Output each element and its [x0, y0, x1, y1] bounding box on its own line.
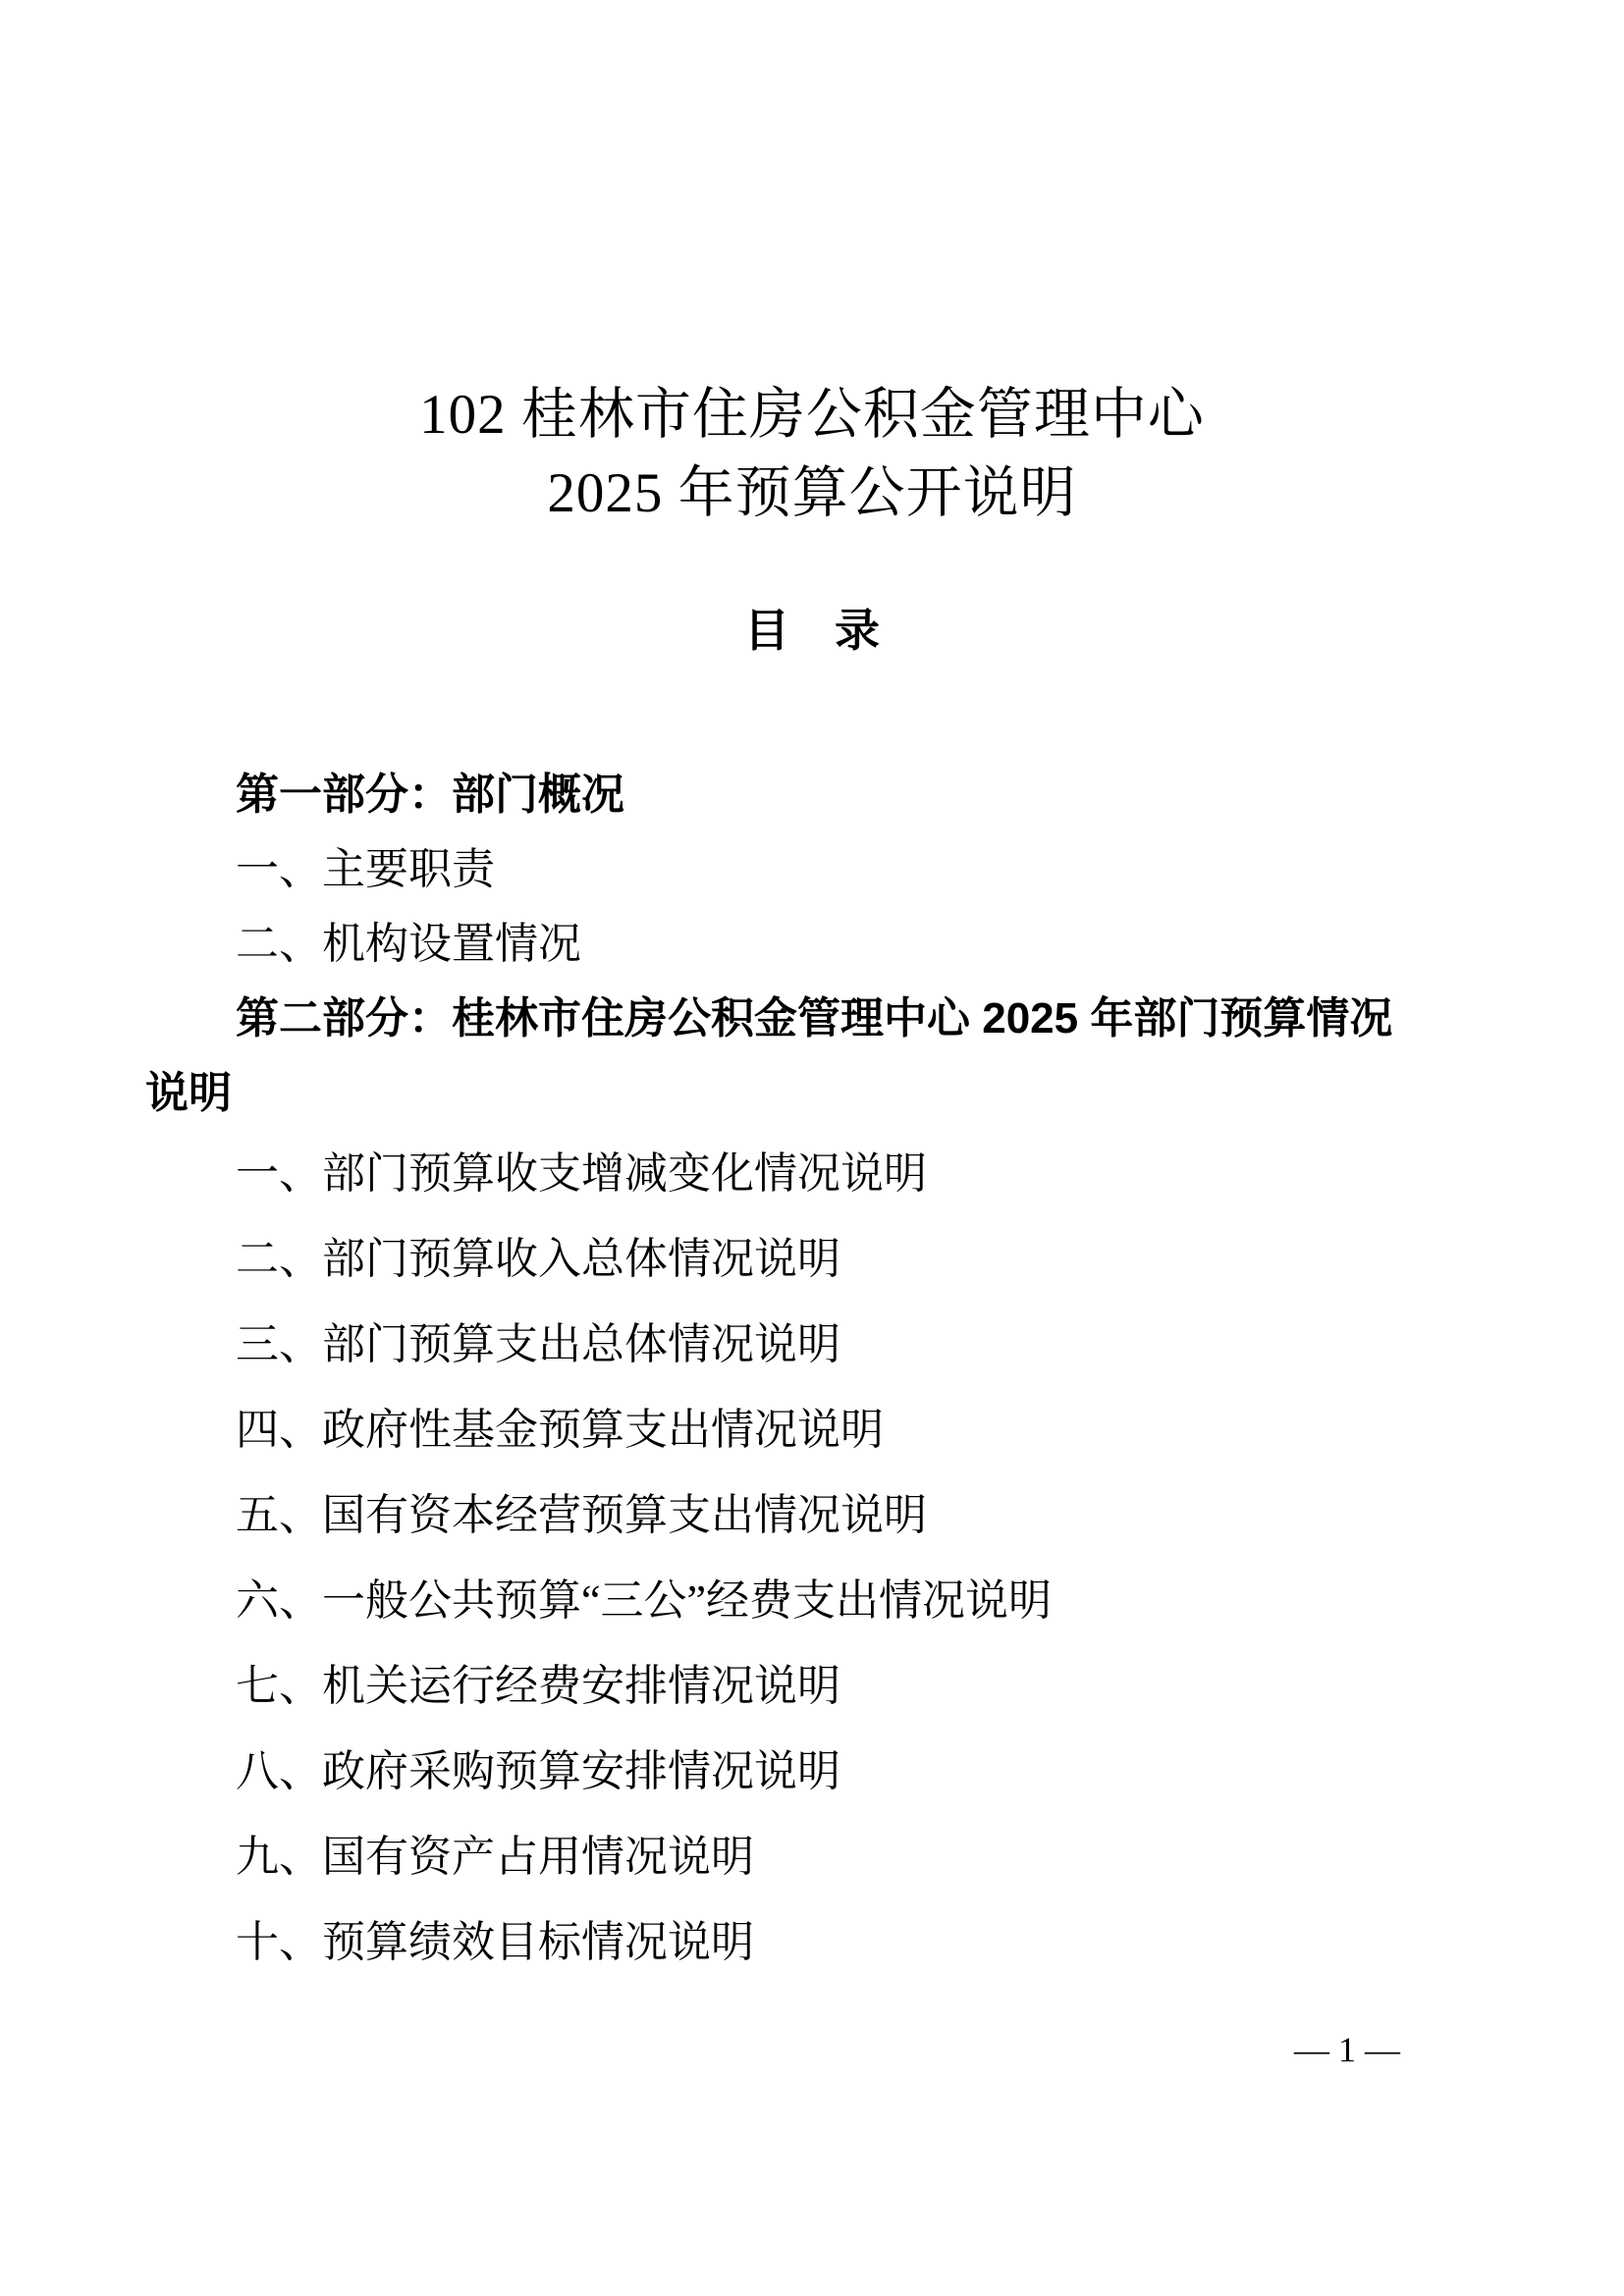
toc-item: 八、政府采购预算安排情况说明 — [145, 1729, 1481, 1814]
toc-item: 四、政府性基金预算支出情况说明 — [145, 1387, 1481, 1472]
toc-item: 五、国有资本经营预算支出情况说明 — [145, 1472, 1481, 1558]
toc-item: 二、机构设置情况 — [145, 907, 1481, 982]
toc-item: 二、部门预算收入总体情况说明 — [145, 1216, 1481, 1302]
toc-part1: 第一部分：部门概况 一、主要职责 二、机构设置情况 — [145, 758, 1481, 982]
document-title-line2: 2025 年预算公开说明 — [0, 454, 1624, 533]
document-title: 102 桂林市住房公积金管理中心 2025 年预算公开说明 — [0, 376, 1624, 533]
document-title-line1: 102 桂林市住房公积金管理中心 — [0, 376, 1624, 454]
toc-part2-heading: 第二部分：桂林市住房公积金管理中心 2025 年部门预算情况 说明 — [145, 982, 1481, 1131]
toc-title: 目 录 — [0, 605, 1624, 656]
page-number: — 1 — — [1294, 2028, 1400, 2071]
toc-item: 六、一般公共预算“三公”经费支出情况说明 — [145, 1558, 1481, 1643]
toc-item: 七、机关运行经费安排情况说明 — [145, 1643, 1481, 1729]
toc-part2-items: 一、部门预算收支增减变化情况说明 二、部门预算收入总体情况说明 三、部门预算支出… — [145, 1131, 1481, 1985]
table-of-contents: 第一部分：部门概况 一、主要职责 二、机构设置情况 第二部分：桂林市住房公积金管… — [145, 758, 1481, 1985]
toc-item: 九、国有资产占用情况说明 — [145, 1814, 1481, 1899]
toc-part1-heading: 第一部分：部门概况 — [145, 758, 1481, 832]
toc-item: 十、预算绩效目标情况说明 — [145, 1899, 1481, 1985]
toc-part2-heading-line1: 第二部分：桂林市住房公积金管理中心 2025 年部门预算情况 — [145, 982, 1481, 1056]
toc-part2-heading-line2: 说明 — [145, 1056, 1481, 1131]
document-page: 102 桂林市住房公积金管理中心 2025 年预算公开说明 目 录 第一部分：部… — [0, 0, 1624, 2296]
toc-item: 一、部门预算收支增减变化情况说明 — [145, 1131, 1481, 1216]
toc-item: 三、部门预算支出总体情况说明 — [145, 1302, 1481, 1387]
toc-item: 一、主要职责 — [145, 832, 1481, 907]
